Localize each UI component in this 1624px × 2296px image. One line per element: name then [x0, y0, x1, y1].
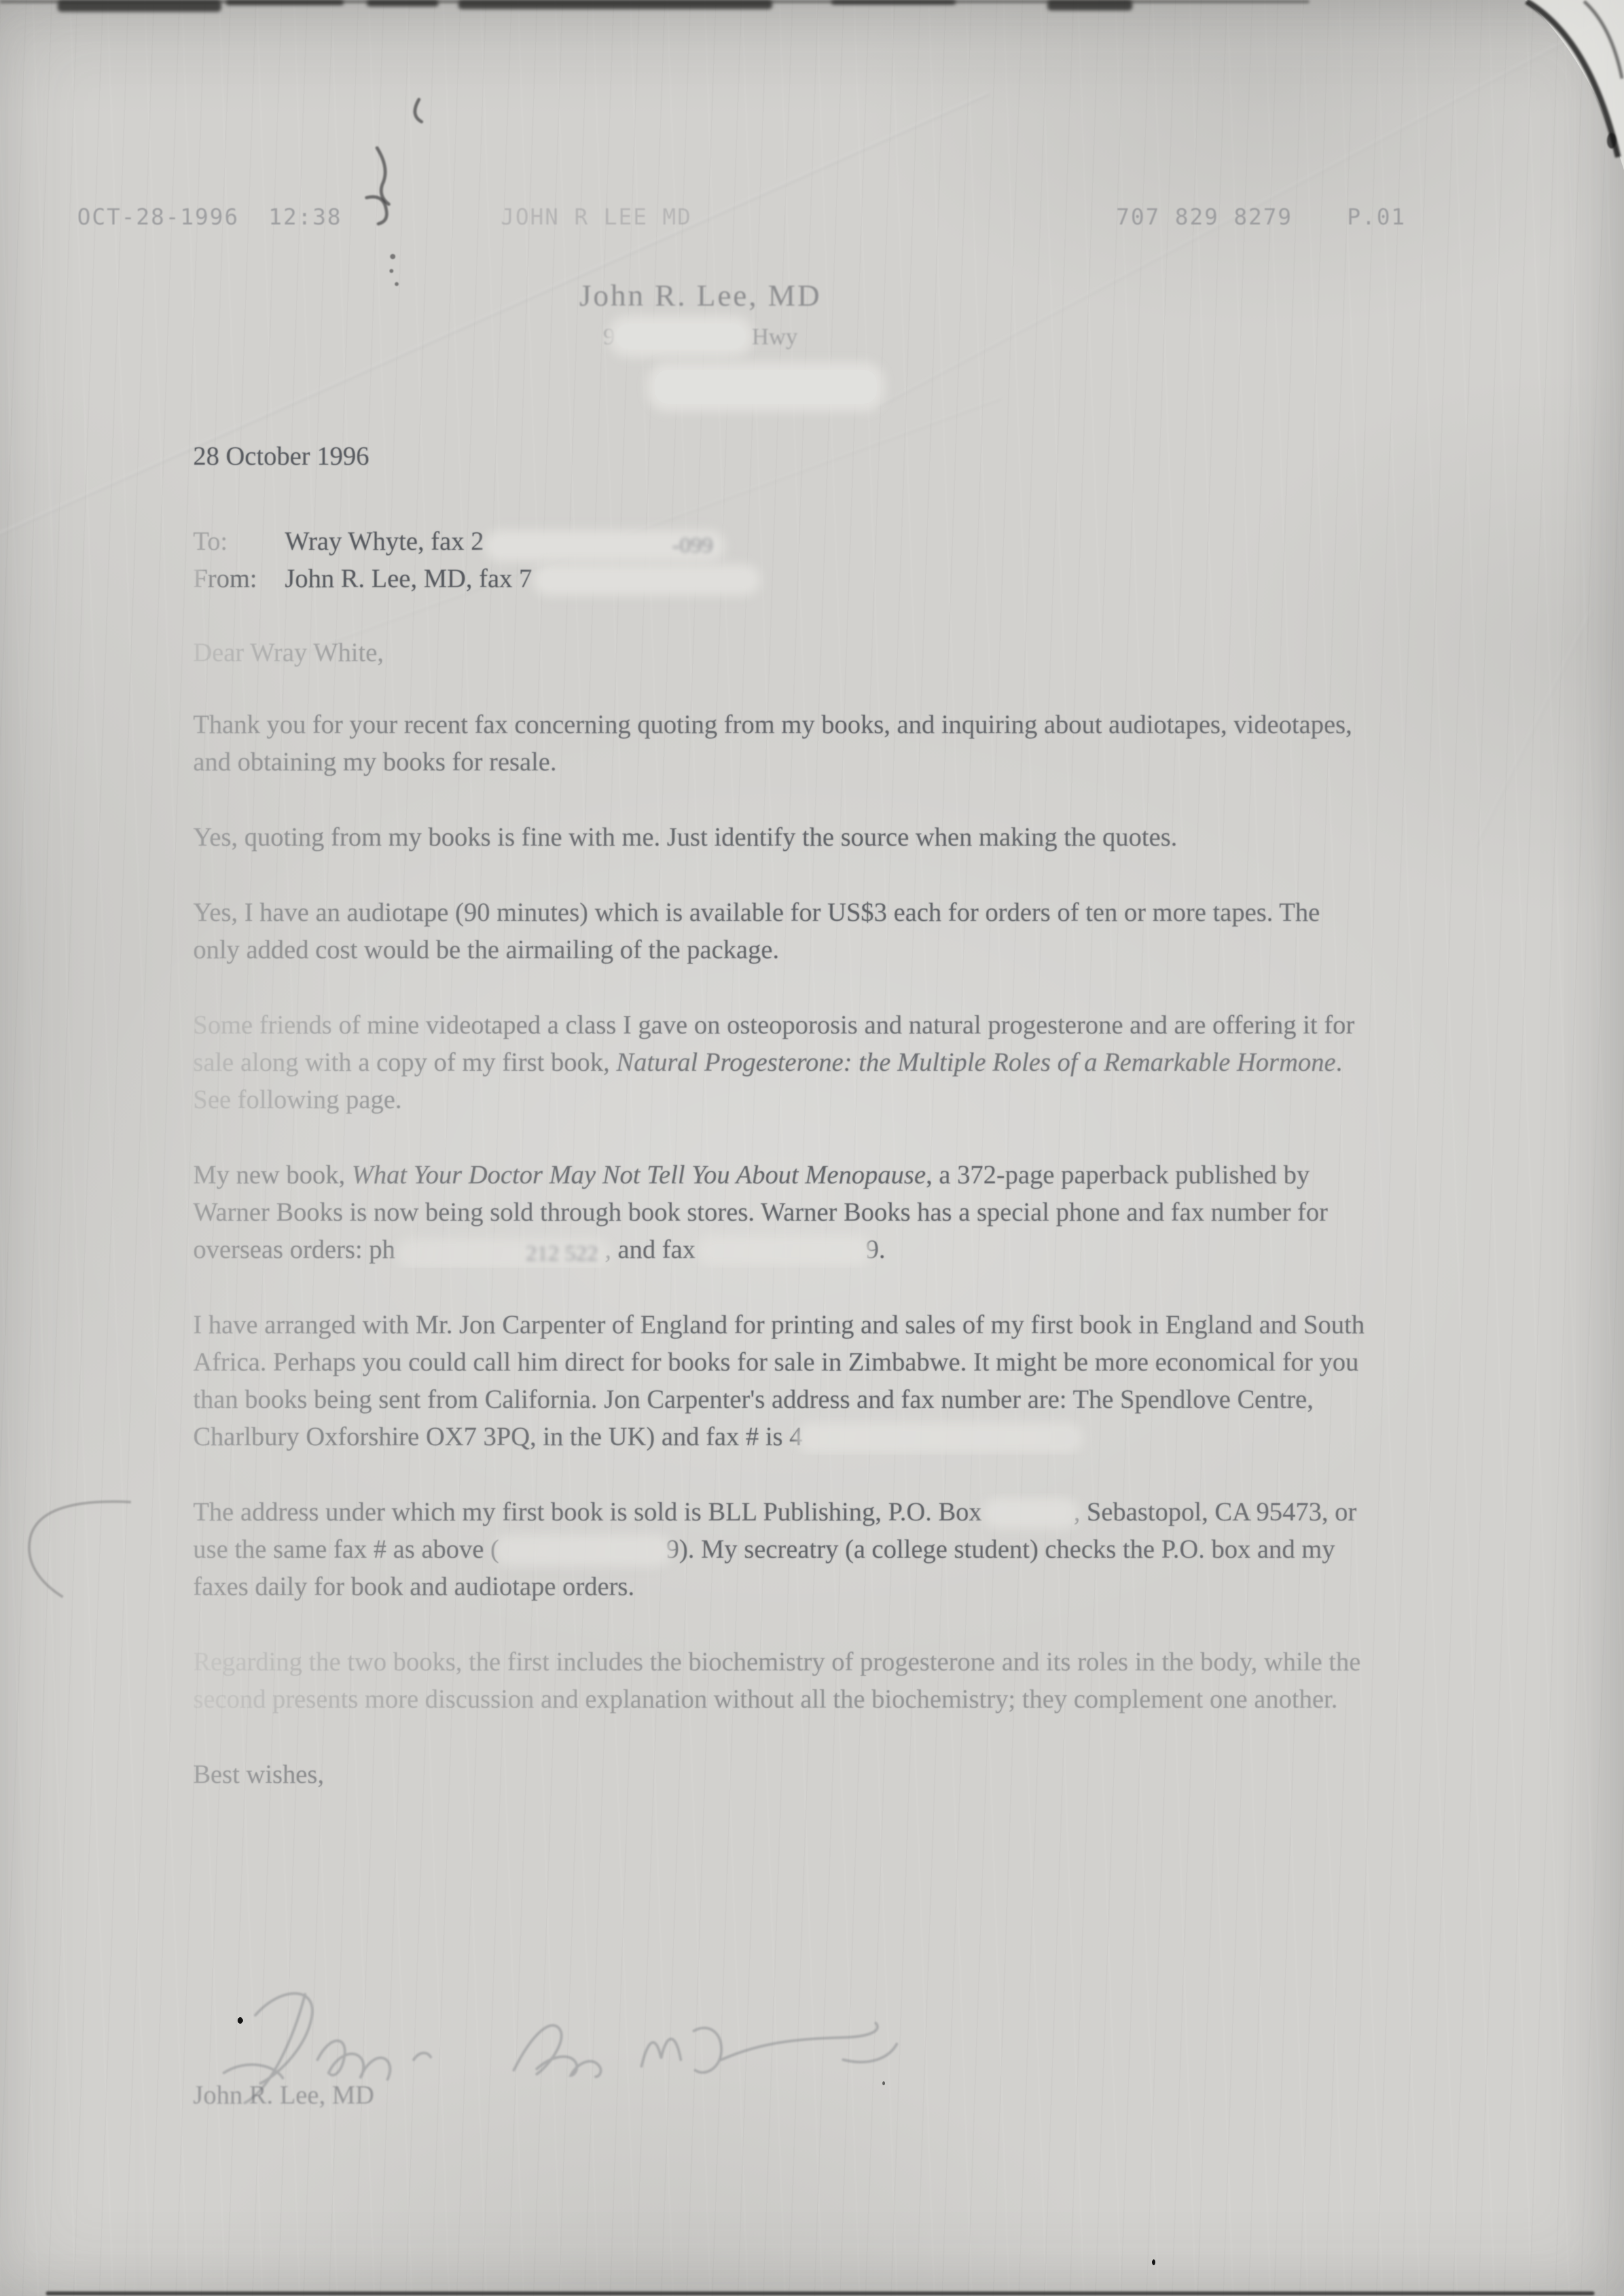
scan-edge-artifact [458, 0, 772, 9]
ink-dot [1152, 2259, 1155, 2265]
scanned-fax-letter-page: OCT-28-1996 12:38 JOHN R LEE MD 707 829 … [0, 0, 1624, 2296]
scan-edge-artifact [46, 2291, 1595, 2295]
scan-edge-artifact [226, 0, 344, 5]
scan-edge-artifact [367, 0, 439, 7]
scan-edge-artifact [1047, 0, 1132, 10]
scan-edge-artifact [831, 0, 956, 5]
scan-edge-artifact [58, 0, 221, 12]
ink-dot [882, 2081, 885, 2085]
ink-smudge-marks [0, 0, 1624, 2296]
folded-corner-artifact [1427, 0, 1624, 196]
ink-dot [238, 2017, 243, 2024]
